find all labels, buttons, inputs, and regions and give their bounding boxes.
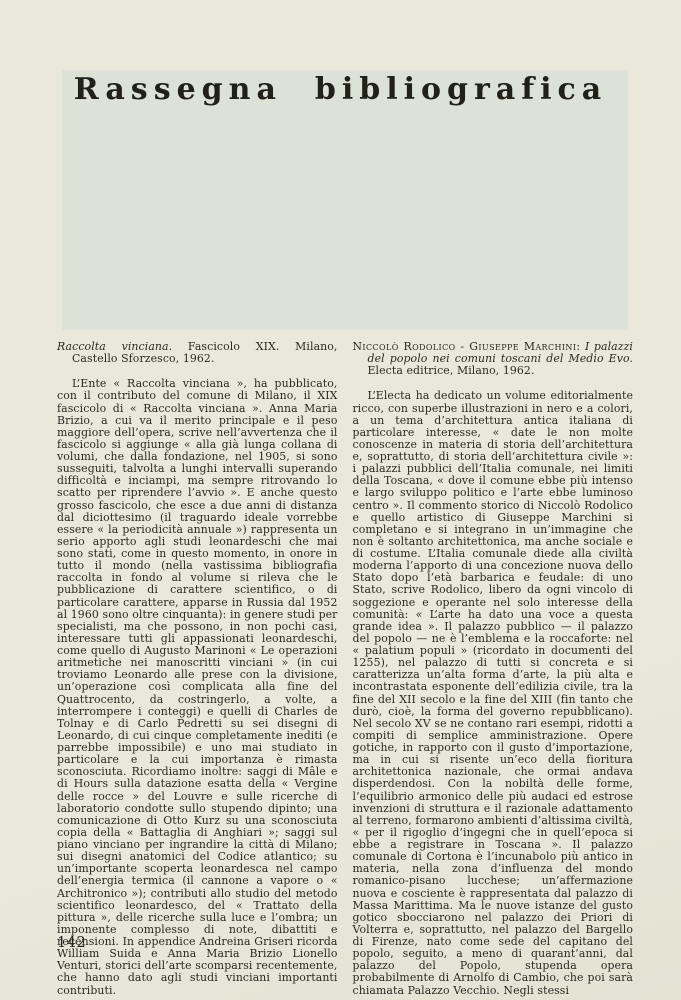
right-review-paragraph: L’Electa ha dedicato un volume editorial… [353,390,634,996]
scan-tint-block [62,70,628,330]
left-review-paragraph: L’Ente « Raccolta vinciana », ha pubblic… [57,378,338,996]
left-column: Raccolta vinciana. Fascicolo XIX. Milano… [57,341,338,997]
right-column: Niccolò Rodolico - Giuseppe Marchini: I … [353,341,634,997]
text-columns: Raccolta vinciana. Fascicolo XIX. Milano… [57,341,633,997]
right-bibliographic-entry: Niccolò Rodolico - Giuseppe Marchini: I … [353,341,634,377]
left-bibliographic-entry: Raccolta vinciana. Fascicolo XIX. Milano… [57,341,338,365]
scanned-journal-page: Rassegna bibliografica Raccolta vinciana… [0,0,681,1000]
right-entry-authors: Niccolò Rodolico - Giuseppe Marchini: [353,340,581,353]
page-title: Rassegna bibliografica [0,72,681,107]
page-number: 142 [57,935,86,951]
right-entry-publication-info: Electa editrice, Milano, 1962. [368,364,535,377]
left-entry-work-title: Raccolta vinciana. [57,340,172,353]
